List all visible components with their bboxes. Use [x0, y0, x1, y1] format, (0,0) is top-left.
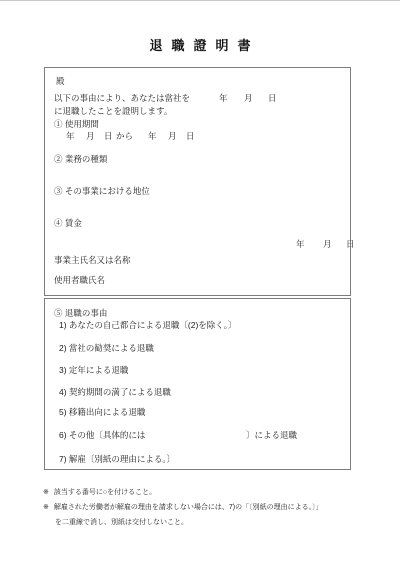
- footnote-1: ※該当する番号に○を付けること。: [43, 488, 156, 497]
- period-start-month-label: 月: [86, 131, 95, 141]
- employer-title-label: 使用者職氏名: [54, 275, 105, 285]
- certificate-box: 殿 以下の事由により、あなたは當社を 年 月 日 に退職したことを證明します。 …: [44, 67, 351, 296]
- reason-7-dismissal: 7) 解雇〔別紙の理由による。〕: [59, 454, 175, 464]
- item1-employment-period-label: ① 使用期間: [54, 119, 99, 129]
- period-end-day-label: 日: [186, 131, 195, 141]
- item2-job-type-label: ② 業務の種類: [54, 154, 107, 164]
- reason-3-mandatory-retirement: 3) 定年による退職: [59, 365, 128, 375]
- footnote-1-text: 該当する番号に○を付けること。: [54, 489, 156, 496]
- intro-line2: に退職したことを證明します。: [54, 106, 172, 116]
- item4-wages-label: ④ 賃金: [54, 218, 82, 228]
- intro-month-label: 月: [244, 93, 253, 103]
- reason-5-transfer: 5) 移籍出向による退職: [59, 407, 145, 417]
- intro-line1: 以下の事由により、あなたは當社を: [54, 93, 190, 103]
- reason-2-company-encouragement: 2) 當社の勧奨による退職: [59, 343, 154, 353]
- issue-month-label: 月: [323, 239, 332, 249]
- reason-1-self: 1) あなたの自己都合による退職〔(2)を除く。〕: [59, 320, 236, 330]
- period-end-month-label: 月: [168, 131, 177, 141]
- intro-year-label: 年: [219, 93, 228, 103]
- employer-name-label: 事業主氏名又は名称: [54, 255, 131, 265]
- footnote-2-line1-text: 解雇された労働者が解雇の理由を請求しない場合には、7)の「〔別紙の理由による。〕…: [54, 504, 323, 511]
- page-title: 退職證明書: [0, 35, 400, 54]
- reference-mark-icon: ※: [43, 504, 49, 511]
- reason-4-contract-expiry: 4) 契約期間の満了による退職: [59, 387, 171, 397]
- reason-6-other-prefix: 6) その他〔具体的には: [59, 430, 145, 440]
- period-start-year-label: 年: [66, 131, 75, 141]
- addressee-label: 殿: [56, 76, 65, 86]
- issue-year-label: 年: [296, 239, 305, 249]
- item5-reasons-heading: ⑤ 退職の事由: [54, 308, 107, 318]
- reference-mark-icon: ※: [43, 489, 49, 496]
- period-end-year-label: 年: [148, 131, 157, 141]
- item3-position-label: ③ その事業における地位: [54, 186, 150, 196]
- period-from-label: から: [116, 131, 133, 141]
- issue-day-label: 日: [346, 239, 355, 249]
- footnote-2-line2: を二重線で消し、別紙は交付しないこと。: [55, 518, 188, 527]
- retirement-reasons-box: ⑤ 退職の事由 1) あなたの自己都合による退職〔(2)を除く。〕 2) 當社の…: [44, 298, 351, 470]
- footnote-2-line2-text: を二重線で消し、別紙は交付しないこと。: [55, 519, 188, 526]
- retirement-certificate-page: 退職證明書 殿 以下の事由により、あなたは當社を 年 月 日 に退職したことを證…: [0, 0, 400, 565]
- period-start-day-label: 日: [104, 131, 113, 141]
- footnote-2-line1: ※解雇された労働者が解雇の理由を請求しない場合には、7)の「〔別紙の理由による。…: [43, 503, 323, 512]
- reason-6-other-suffix: 〕による退職: [246, 430, 297, 440]
- intro-day-label: 日: [268, 93, 277, 103]
